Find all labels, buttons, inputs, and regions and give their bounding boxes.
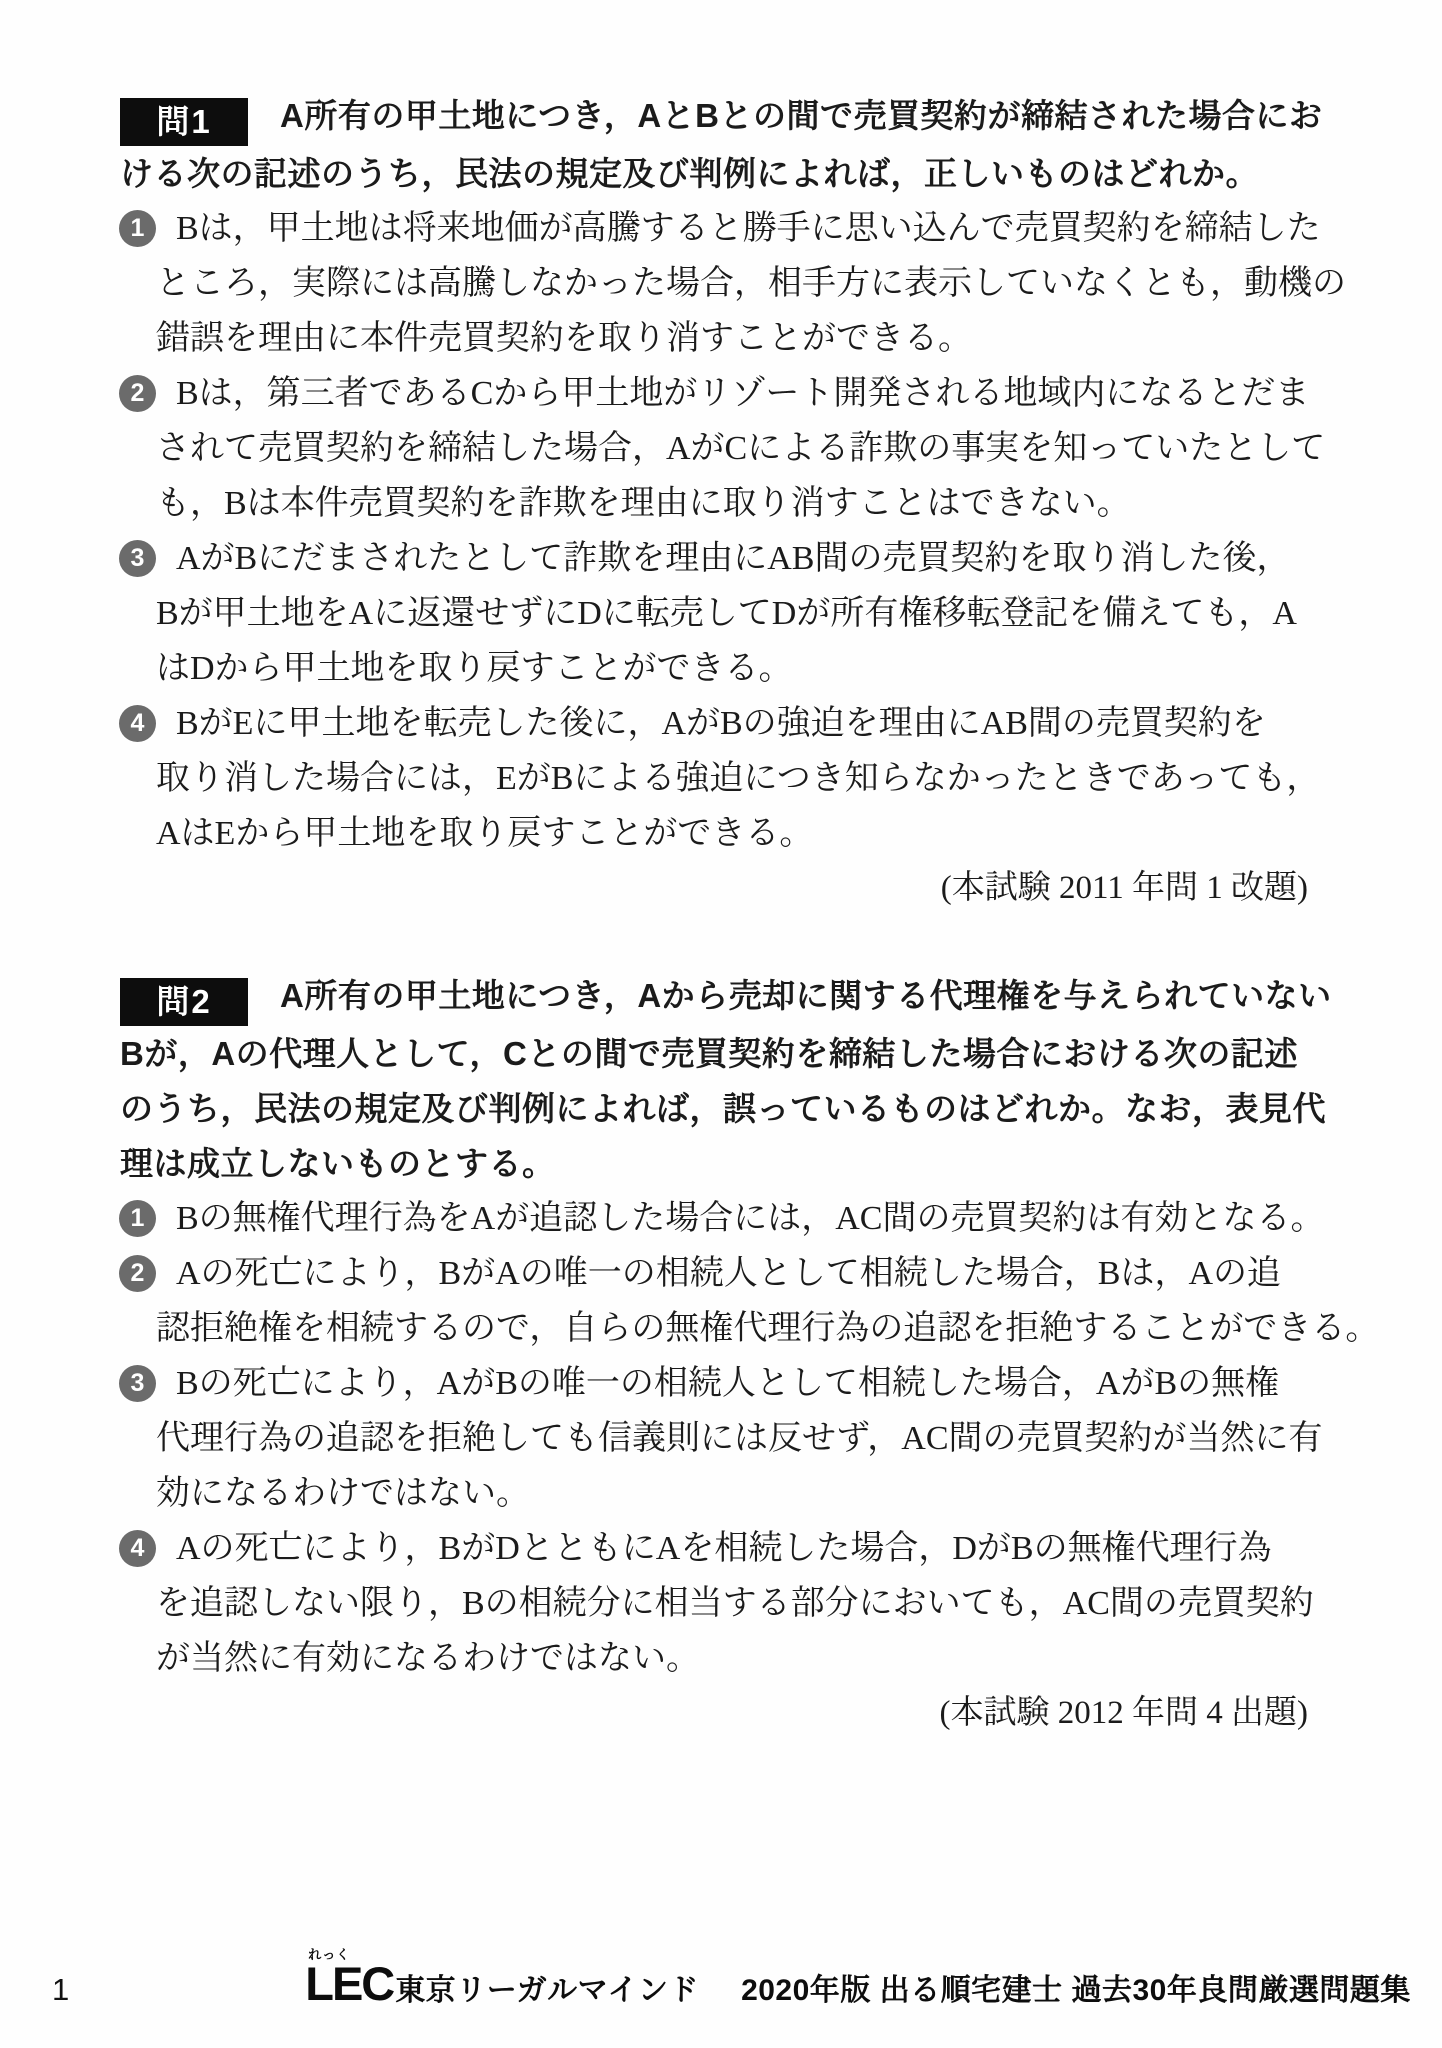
option-line: Bの死亡により，AがBの唯一の相続人として相続した場合，AがBの無権 — [156, 1356, 1310, 1411]
question-2-header-line-3: のうち，民法の規定及び判例によれば，誤っているものはどれか。なお，表見代 — [120, 1081, 1310, 1136]
option-line: Bが甲土地をAに返還せずにDに転売してDが所有権移転登記を備えても，A — [156, 586, 1310, 641]
option-line: が当然に有効になるわけではない。 — [156, 1631, 1310, 1686]
option-line: されて売買契約を締結した場合，AがCによる詐欺の事実を知っていたとして — [156, 421, 1310, 476]
option-line: 認拒絶権を相続するので，自らの無権代理行為の追認を拒絶することができる。 — [156, 1301, 1310, 1356]
option-number-badge: 1 — [119, 1200, 156, 1237]
question-2-option-1: 1 Bの無権代理行為をAが追認した場合には，AC間の売買契約は有効となる。 — [120, 1191, 1310, 1246]
option-line: AはEから甲土地を取り戻すことができる。 — [156, 806, 1310, 861]
question-1-option-3: 3 AがBにだまされたとして詐欺を理由にAB間の売買契約を取り消した後， Bが甲… — [120, 531, 1310, 696]
option-line: 効になるわけではない。 — [156, 1466, 1310, 1521]
question-1-header-line-1: 問1A所有の甲土地につき，AとBとの間で売買契約が締結された場合にお — [120, 88, 1310, 146]
page-number: 1 — [52, 1972, 69, 2008]
option-number-badge: 2 — [119, 1255, 156, 1292]
option-line: Aの死亡により，BがAの唯一の相続人として相続した場合，Bは，Aの追 — [156, 1246, 1310, 1301]
book-title: 2020年版 出る順宅建士 過去30年良問厳選問題集 — [741, 1965, 1411, 2009]
option-line: も，Bは本件売買契約を詐欺を理由に取り消すことはできない。 — [156, 476, 1310, 531]
option-line: Bは，第三者であるCから甲土地がリゾート開発される地域内になるとだま — [156, 366, 1310, 421]
question-1-option-4: 4 BがEに甲土地を転売した後に，AがBの強迫を理由にAB間の売買契約を 取り消… — [120, 696, 1310, 861]
question-2-header-line-4: 理は成立しないものとする。 — [120, 1136, 1310, 1191]
option-number-badge: 4 — [119, 705, 156, 742]
option-line: ところ，実際には高騰しなかった場合，相手方に表示していなくとも，動機の — [156, 256, 1310, 311]
page-content: 問1A所有の甲土地につき，AとBとの間で売買契約が締結された場合にお ける次の記… — [120, 88, 1310, 1741]
question-2-option-4: 4 Aの死亡により，BがDとともにAを相続した場合，DがBの無権代理行為 を追認… — [120, 1521, 1310, 1686]
question-2-source: (本試験 2012 年問 4 出題) — [120, 1686, 1310, 1741]
question-2-header-line-1: 問2A所有の甲土地につき，Aから売却に関する代理権を与えられていない — [120, 968, 1310, 1026]
question-1-source: (本試験 2011 年問 1 改題) — [120, 861, 1310, 916]
question-1-header-text: A所有の甲土地につき，AとBとの間で売買契約が締結された場合にお — [280, 97, 1323, 134]
option-line: はDから甲土地を取り戻すことができる。 — [156, 641, 1310, 696]
option-number-badge: 2 — [119, 375, 156, 412]
option-line: Bの無権代理行為をAが追認した場合には，AC間の売買契約は有効となる。 — [156, 1191, 1310, 1246]
option-line: 錯誤を理由に本件売買契約を取り消すことができる。 — [156, 311, 1310, 366]
option-line: 取り消した場合には，EがBによる強迫につき知らなかったときであっても， — [156, 751, 1310, 806]
option-number-badge: 3 — [119, 540, 156, 577]
page-footer: 1 れっく LEC 東京リーガルマインド 2020年版 出る順宅建士 過去30年… — [0, 1946, 1442, 2009]
question-1-header-line-2: ける次の記述のうち，民法の規定及び判例によれば，正しいものはどれか。 — [120, 146, 1310, 201]
option-line: を追認しない限り，Bの相続分に相当する部分においても，AC間の売買契約 — [156, 1576, 1310, 1631]
lec-logo-furigana: れっく — [308, 1944, 350, 1963]
question-2-header-text: A所有の甲土地につき，Aから売却に関する代理権を与えられていない — [280, 977, 1332, 1014]
question-1-label: 問1 — [120, 98, 248, 146]
option-line: 代理行為の追認を拒絶しても信義則には反せず，AC間の売買契約が当然に有 — [156, 1411, 1310, 1466]
question-2-label: 問2 — [120, 978, 248, 1026]
lec-logo: れっく LEC — [305, 1946, 393, 2007]
question-2-option-3: 3 Bの死亡により，AがBの唯一の相続人として相続した場合，AがBの無権 代理行… — [120, 1356, 1310, 1521]
option-line: BがEに甲土地を転売した後に，AがBの強迫を理由にAB間の売買契約を — [156, 696, 1310, 751]
document-page: 問1A所有の甲土地につき，AとBとの間で売買契約が締結された場合にお ける次の記… — [0, 0, 1442, 2048]
question-2-header-line-2: Bが，Aの代理人として，Cとの間で売買契約を締結した場合における次の記述 — [120, 1026, 1310, 1081]
option-line: Aの死亡により，BがDとともにAを相続した場合，DがBの無権代理行為 — [156, 1521, 1310, 1576]
publisher-name: 東京リーガルマインド — [395, 1965, 699, 2009]
question-2: 問2A所有の甲土地につき，Aから売却に関する代理権を与えられていない Bが，Aの… — [120, 968, 1310, 1741]
publisher-brand: れっく LEC 東京リーガルマインド 2020年版 出る順宅建士 過去30年良問… — [305, 1946, 1411, 2009]
lec-logo-mark: LEC — [305, 1957, 393, 2010]
option-number-badge: 3 — [119, 1365, 156, 1402]
option-line: AがBにだまされたとして詐欺を理由にAB間の売買契約を取り消した後， — [156, 531, 1310, 586]
question-1-option-1: 1 Bは，甲土地は将来地価が高騰すると勝手に思い込んで売買契約を締結した ところ… — [120, 201, 1310, 366]
question-2-option-2: 2 Aの死亡により，BがAの唯一の相続人として相続した場合，Bは，Aの追 認拒絶… — [120, 1246, 1310, 1356]
option-line: Bは，甲土地は将来地価が高騰すると勝手に思い込んで売買契約を締結した — [156, 201, 1310, 256]
option-number-badge: 1 — [119, 210, 156, 247]
option-number-badge: 4 — [119, 1530, 156, 1567]
question-1: 問1A所有の甲土地につき，AとBとの間で売買契約が締結された場合にお ける次の記… — [120, 88, 1310, 916]
question-1-option-2: 2 Bは，第三者であるCから甲土地がリゾート開発される地域内になるとだま されて… — [120, 366, 1310, 531]
